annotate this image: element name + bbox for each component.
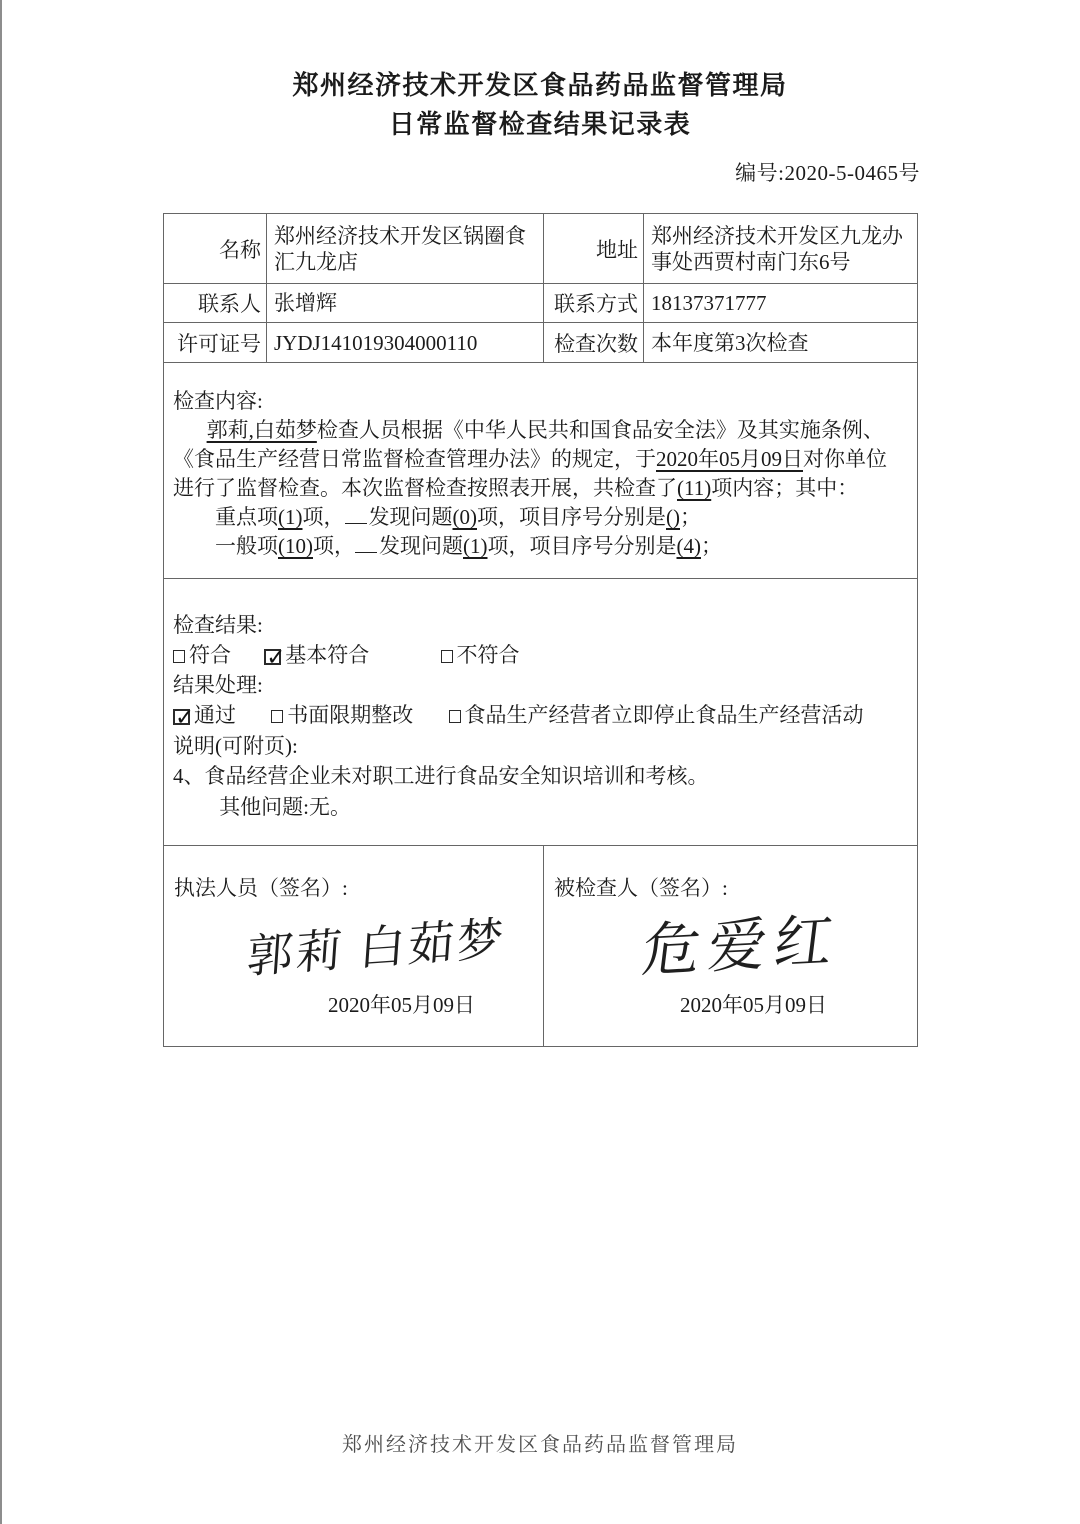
inspection-result-cell: 检查结果: 符合 基本符合 不符合 结果处理: 通过 书面限期整改 食品生产经营… — [164, 579, 918, 846]
name-label: 名称 — [164, 214, 267, 284]
address-label: 地址 — [544, 214, 644, 284]
line-text: ； — [701, 534, 722, 558]
table-row-license: 许可证号 JYDJ141019304000110 检查次数 本年度第3次检查 — [164, 323, 918, 363]
inspected-signature-label: 被检查人（签名）: — [554, 873, 907, 903]
enforcer-signature: 郭莉 白茹梦 — [195, 901, 558, 997]
checkbox-written-rectification — [271, 710, 283, 723]
option-basically-conform: 基本符合 — [264, 643, 369, 667]
inspection-date: 2020年05月09日 — [656, 447, 803, 471]
enforcer-signature-cell: 执法人员（签名）: 郭莉 白茹梦 2020年05月09日 — [164, 846, 544, 1047]
line-text: 发现问题 — [379, 534, 463, 558]
result-handling-heading: 结果处理: — [173, 670, 907, 700]
key-problem-serials: () — [666, 505, 680, 529]
table-row-contact: 联系人 张增辉 联系方式 18137371777 — [164, 284, 918, 323]
conformity-options-row: 符合 基本符合 不符合 — [173, 640, 907, 671]
contact-label: 联系人 — [164, 284, 267, 323]
title-line-2: 日常监督检查结果记录表 — [0, 105, 1080, 144]
line-text: 项， — [313, 534, 355, 558]
inspected-signature-cell: 被检查人（签名）: 危爱红 2020年05月09日 — [544, 846, 918, 1047]
blank-underline — [345, 503, 367, 524]
license-value: JYDJ141019304000110 — [267, 323, 544, 363]
table-row-inspection-content: 检查内容: 郭莉,白茹梦检查人员根据《中华人民共和国食品安全法》及其实施条例、《… — [164, 363, 918, 579]
name-value: 郑州经济技术开发区锅圈食汇九龙店 — [267, 214, 544, 284]
page-title: 郑州经济技术开发区食品药品监督管理局 日常监督检查结果记录表 — [0, 66, 1080, 144]
times-label: 检查次数 — [544, 323, 644, 363]
inspected-signature-date: 2020年05月09日 — [577, 989, 930, 1019]
option-label: 食品生产经营者立即停止食品生产经营活动 — [465, 703, 864, 727]
key-problems-count: (0) — [453, 505, 478, 529]
line-text: 项， — [303, 505, 345, 529]
handling-options-row: 通过 书面限期整改 食品生产经营者立即停止食品生产经营活动 — [173, 700, 907, 731]
option-written-rectification: 书面限期整改 — [271, 703, 413, 727]
doc-number: 编号:2020-5-0465号 — [735, 157, 920, 187]
general-items-count: (10) — [278, 534, 313, 558]
checkbox-basically-conform — [264, 649, 281, 665]
option-label: 不符合 — [457, 643, 520, 667]
option-label: 通过 — [194, 703, 236, 727]
checkbox-stop-production — [449, 710, 461, 723]
inspection-result-heading: 检查结果: — [173, 610, 907, 640]
title-line-1: 郑州经济技术开发区食品药品监督管理局 — [0, 66, 1080, 105]
option-stop-production: 食品生产经营者立即停止食品生产经营活动 — [449, 703, 864, 727]
inspection-content-cell: 检查内容: 郭莉,白茹梦检查人员根据《中华人民共和国食品安全法》及其实施条例、《… — [164, 363, 918, 579]
phone-label: 联系方式 — [544, 284, 644, 323]
option-label: 基本符合 — [285, 643, 369, 667]
table-row-name-address: 名称 郑州经济技术开发区锅圈食汇九龙店 地址 郑州经济技术开发区九龙办事处西贾村… — [164, 214, 918, 284]
checkbox-pass — [173, 709, 190, 725]
blank-underline — [355, 532, 377, 553]
general-problems-count: (1) — [463, 534, 488, 558]
enforcer-signature-label: 执法人员（签名）: — [174, 873, 533, 903]
option-conform: 符合 — [173, 643, 231, 667]
scan-edge-artifact — [0, 0, 2, 1524]
line-text: 重点项 — [215, 505, 278, 529]
other-issues-text: 其他问题:无。 — [173, 792, 907, 823]
line-text: 项，项目序号分别是 — [477, 505, 666, 529]
general-problem-serials: (4) — [677, 534, 702, 558]
line-text: 一般项 — [215, 534, 278, 558]
option-label: 符合 — [189, 643, 231, 667]
total-items-count: (11) — [677, 476, 711, 500]
inspection-content-heading: 检查内容: — [173, 386, 907, 416]
license-label: 许可证号 — [164, 323, 267, 363]
phone-value: 18137371777 — [644, 284, 918, 323]
note-label: 说明(可附页): — [173, 731, 907, 762]
enforcer-signature-date: 2020年05月09日 — [222, 989, 581, 1019]
checkbox-nonconform — [441, 650, 453, 663]
inspected-signature: 危爱红 — [561, 899, 923, 994]
inspectors-names: 郭莉,白茹梦 — [207, 418, 317, 442]
contact-value: 张增辉 — [267, 284, 544, 323]
option-pass: 通过 — [173, 703, 236, 727]
key-items-line: 重点项(1)项，发现问题(0)项，项目序号分别是()； — [173, 503, 907, 532]
checkbox-conform — [173, 650, 185, 663]
page-footer: 郑州经济技术开发区食品药品监督管理局 — [0, 1428, 1080, 1457]
finding-text: 4、食品经营企业未对职工进行食品安全知识培训和考核。 — [173, 761, 907, 792]
paragraph-text: 项内容；其中： — [711, 476, 858, 500]
line-text: 发现问题 — [369, 505, 453, 529]
key-items-count: (1) — [278, 505, 303, 529]
document-page: { "header": { "title_line1": "郑州经济技术开发区食… — [0, 0, 1080, 1524]
times-value: 本年度第3次检查 — [644, 323, 918, 363]
line-text: 项，项目序号分别是 — [488, 534, 677, 558]
table-row-inspection-result: 检查结果: 符合 基本符合 不符合 结果处理: 通过 书面限期整改 食品生产经营… — [164, 579, 918, 846]
inspection-paragraph: 郭莉,白茹梦检查人员根据《中华人民共和国食品安全法》及其实施条例、《食品生产经营… — [173, 416, 907, 503]
option-label: 书面限期整改 — [287, 703, 413, 727]
inspection-record-table: 名称 郑州经济技术开发区锅圈食汇九龙店 地址 郑州经济技术开发区九龙办事处西贾村… — [163, 213, 918, 1047]
general-items-line: 一般项(10)项，发现问题(1)项，项目序号分别是(4)； — [173, 532, 907, 561]
option-nonconform: 不符合 — [441, 643, 520, 667]
line-text: ； — [680, 505, 701, 529]
table-row-signatures: 执法人员（签名）: 郭莉 白茹梦 2020年05月09日 被检查人（签名）: 危… — [164, 846, 918, 1047]
address-value: 郑州经济技术开发区九龙办事处西贾村南门东6号 — [644, 214, 918, 284]
